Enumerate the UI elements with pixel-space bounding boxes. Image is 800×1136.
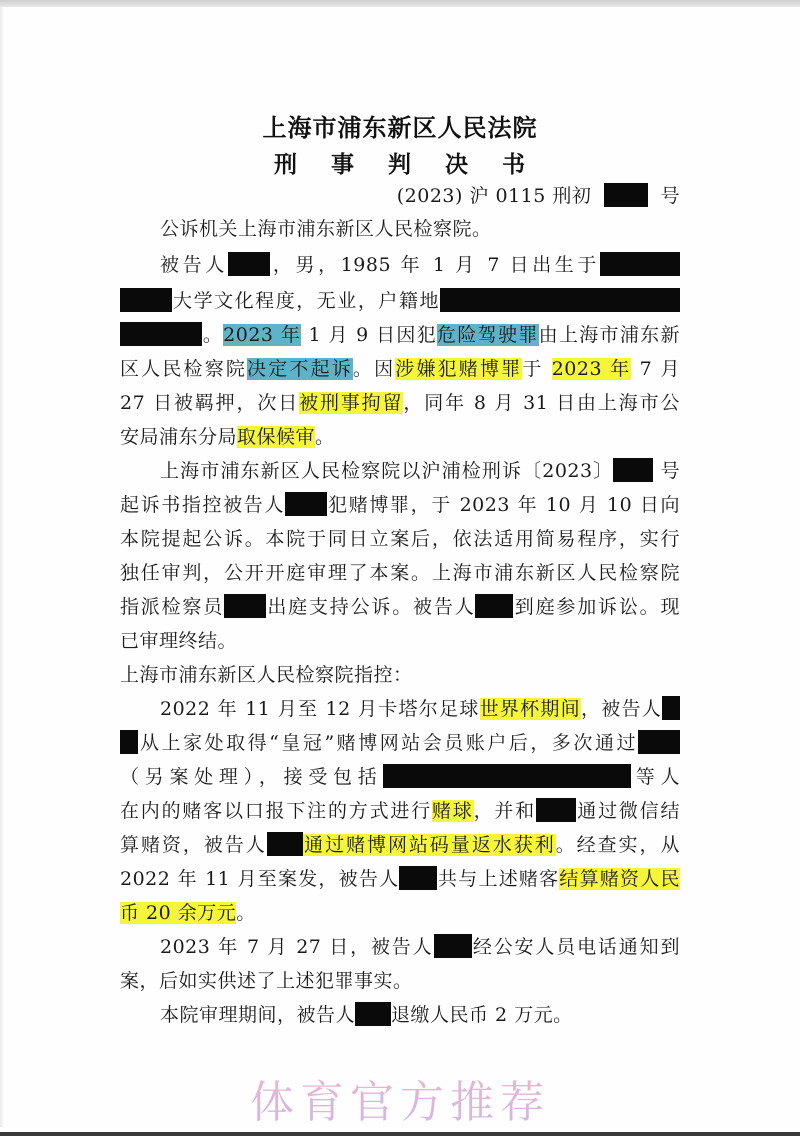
paragraph-defendant-line: 。2023 年 1 月 9 日因犯危险驾驶罪由上海市浦东新	[120, 322, 680, 348]
highlight-yellow-text: 取保候审	[237, 426, 315, 448]
body-text: 本院提起公诉。本院于同日立案后，依法适用简易程序，实行	[120, 528, 680, 550]
redaction-block	[267, 832, 303, 856]
redaction-block	[475, 594, 513, 618]
paragraph-prosecutor-line: 公诉机关上海市浦东新区人民检察院。	[160, 216, 680, 242]
paragraph-restitution-line: 本院审理期间，被告人退缴人民币 2 万元。	[160, 1002, 680, 1028]
paragraph-defendant-line: 大学文化程度，无业，户籍地	[120, 288, 680, 314]
body-text: 已审理终结。	[120, 630, 237, 652]
highlight-yellow-text: 币 20 余万元	[120, 902, 236, 924]
highlight-blue-text: 2023 年	[223, 324, 301, 346]
redaction-block	[383, 764, 631, 788]
body-text: 到庭参加诉讼。现	[513, 596, 680, 618]
body-text: 。经查实，从	[556, 834, 680, 856]
paragraph-defendant-line: 安局浦东分局取保候审。	[120, 424, 680, 450]
paragraph-indictment-line: 指派检察员出庭支持公诉。被告人到庭参加诉讼。现	[120, 594, 680, 620]
redaction-block	[120, 730, 138, 754]
body-text: 被告人	[160, 254, 228, 276]
body-text: 安局浦东分局	[120, 426, 237, 448]
body-text: 出庭支持公诉。被告人	[266, 596, 475, 618]
redaction-block	[638, 730, 680, 754]
body-text: 共与上述赌客	[437, 868, 559, 890]
body-text: 27 日被羁押，次日	[120, 392, 299, 414]
body-text: ，同年 8 月 31 日由上海市公	[403, 392, 680, 414]
highlight-yellow-text: 2023 年	[552, 358, 632, 380]
paragraph-defendant-line: 区人民检察院决定不起诉。因涉嫌犯赌博罪于 2023 年 7 月	[120, 356, 680, 382]
redaction-block	[120, 322, 202, 346]
redaction-block	[600, 252, 680, 276]
body-text: ，被告人	[581, 698, 662, 720]
body-text: （另案处理），接受包括	[120, 766, 383, 788]
body-text: 。	[315, 426, 335, 448]
paragraph-defendant-line: 被告人，男，1985 年 1 月 7 日出生于	[160, 252, 680, 278]
case-number-suffix: 号	[660, 185, 680, 207]
body-text: 上海市浦东新区人民检察院指控：	[120, 664, 413, 686]
body-text: 大学文化程度，无业，户籍地	[172, 290, 440, 312]
body-text: 起诉书指控被告人	[120, 494, 285, 516]
highlight-yellow-text: 结算赌资人民	[559, 868, 680, 890]
body-text: 。	[202, 324, 223, 346]
paragraph-surrender-line: 2023 年 7 月 27 日，被告人经公安人员电话通知到	[160, 934, 680, 960]
body-text: 号	[653, 460, 680, 482]
body-text: 2022 年 11 月至 12 月卡塔尔足球	[160, 698, 480, 720]
body-text: 于	[522, 358, 551, 380]
body-text: 1 月 9 日因犯	[301, 324, 437, 346]
paragraph-facts-line: 币 20 余万元。	[120, 900, 680, 926]
bottom-edge	[0, 1132, 800, 1136]
judgment-document-page: 上海市浦东新区人民法院 刑 事 判 决 书 (2023) 沪 0115 刑初 号…	[0, 0, 800, 1132]
highlight-blue-text: 危险驾驶罪	[437, 324, 539, 346]
case-number: (2023) 沪 0115 刑初 号	[120, 183, 680, 209]
paragraph-indictment-line: 起诉书指控被告人犯赌博罪，于 2023 年 10 月 10 日向	[120, 492, 680, 518]
body-text: 算赌资，被告人	[120, 834, 267, 856]
paragraph-facts-line: 2022 年 11 月至 12 月卡塔尔足球世界杯期间，被告人	[160, 696, 680, 722]
paragraph-indictment-line: 独任审判，公开开庭审理了本案。上海市浦东新区人民检察院	[120, 560, 680, 586]
body-text: 2023 年 7 月 27 日，被告人	[160, 936, 434, 958]
body-text: 7 月	[631, 358, 680, 380]
redaction-block	[434, 934, 472, 958]
paragraph-indictment-line: 已审理终结。	[120, 628, 680, 654]
body-text: 经公安人员电话通知到	[472, 936, 680, 958]
watermark-text: 体育官方推荐	[0, 1066, 800, 1130]
body-text: 由上海市浦东新	[539, 324, 680, 346]
redaction-block	[662, 696, 680, 720]
body-text: 通过微信结	[576, 800, 680, 822]
highlight-yellow-text: 被刑事拘留	[299, 392, 403, 414]
redaction-block	[355, 1002, 391, 1026]
paragraph-facts-line: 在内的赌客以口报下注的方式进行赌球，并和通过微信结	[120, 798, 680, 824]
highlight-yellow-text: 世界杯期间	[480, 698, 581, 720]
paragraph-facts-line: 从上家处取得“皇冠”赌博网站会员账户后，多次通过	[120, 730, 680, 756]
body-text: 。因	[353, 358, 395, 380]
paragraph-facts-line: 算赌资，被告人通过赌博网站码量返水获利。经查实，从	[120, 832, 680, 858]
paragraph-charges-heading-line: 上海市浦东新区人民检察院指控：	[120, 662, 680, 688]
highlight-blue-text: 决定不起诉	[247, 358, 353, 380]
redaction-block	[604, 183, 648, 207]
redaction-block	[613, 458, 653, 482]
paragraph-indictment-line: 上海市浦东新区人民检察院以沪浦检刑诉〔2023〕 号	[160, 458, 680, 484]
redaction-block	[536, 798, 576, 822]
body-text: 独任审判，公开开庭审理了本案。上海市浦东新区人民检察院	[120, 562, 680, 584]
body-text: 公诉机关上海市浦东新区人民检察院。	[160, 218, 492, 240]
redaction-block	[440, 288, 680, 312]
paragraph-indictment-line: 本院提起公诉。本院于同日立案后，依法适用简易程序，实行	[120, 526, 680, 552]
redaction-block	[228, 252, 270, 276]
highlight-yellow-text: 涉嫌犯赌博罪	[395, 358, 522, 380]
body-text: 上海市浦东新区人民检察院以沪浦检刑诉〔2023〕	[160, 460, 613, 482]
redaction-block	[399, 866, 437, 890]
highlight-yellow-text: 通过赌博网站码量返水获利	[303, 834, 556, 856]
redaction-block	[285, 492, 327, 516]
body-text: 。	[236, 902, 256, 924]
body-text: 退缴人民币 2 万元。	[391, 1004, 573, 1026]
body-text: 等人	[631, 766, 680, 788]
paragraph-surrender-line: 案，后如实供述了上述犯罪事实。	[120, 968, 680, 994]
highlight-yellow-text: 赌球	[432, 800, 474, 822]
body-text: 区人民检察院	[120, 358, 247, 380]
body-text: ，男，1985 年 1 月 7 日出生于	[270, 254, 600, 276]
body-text: 案，后如实供述了上述犯罪事实。	[120, 970, 413, 992]
body-text: ，并和	[474, 800, 536, 822]
paragraph-facts-line: 2022 年 11 月至案发，被告人共与上述赌客结算赌资人民	[120, 866, 680, 892]
body-text: 本院审理期间，被告人	[160, 1004, 355, 1026]
body-text: 犯赌博罪，于 2023 年 10 月 10 日向	[327, 494, 680, 516]
redaction-block	[224, 594, 266, 618]
body-text: 2022 年 11 月至案发，被告人	[120, 868, 399, 890]
case-number-prefix: (2023) 沪 0115 刑初	[397, 185, 592, 207]
document-type-heading: 刑 事 判 决 书	[0, 146, 800, 179]
paragraph-defendant-line: 27 日被羁押，次日被刑事拘留，同年 8 月 31 日由上海市公	[120, 390, 680, 416]
body-text: 在内的赌客以口报下注的方式进行	[120, 800, 432, 822]
paragraph-facts-line: （另案处理），接受包括等人	[120, 764, 680, 790]
body-text: 从上家处取得“皇冠”赌博网站会员账户后，多次通过	[138, 732, 638, 754]
redaction-block	[120, 288, 172, 312]
body-text: 指派检察员	[120, 596, 224, 618]
court-name-heading: 上海市浦东新区人民法院	[0, 108, 800, 143]
